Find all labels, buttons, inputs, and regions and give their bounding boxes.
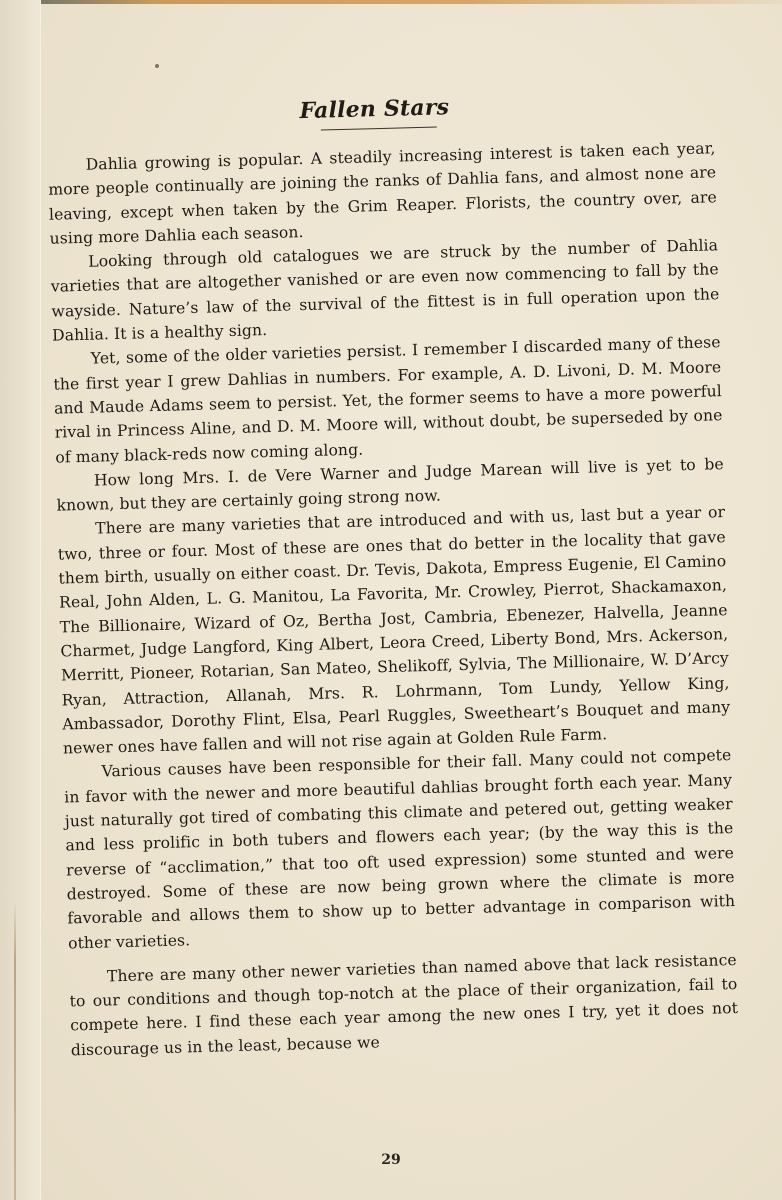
- book-page: Fallen Stars Dahlia growing is popular. …: [0, 0, 782, 1200]
- paragraph: There are many varieties that are introd…: [57, 501, 731, 761]
- paper-speck: [155, 64, 159, 68]
- page-title: Fallen Stars: [40, 87, 708, 130]
- paragraph: Dahlia growing is popular. A steadily in…: [47, 136, 717, 251]
- paragraph: Yet, some of the older varieties persist…: [52, 331, 723, 470]
- title-rule: [321, 127, 437, 131]
- book-spine: [0, 0, 41, 1200]
- page-number: 29: [0, 1152, 782, 1168]
- paragraph: Various causes have been responsible for…: [63, 743, 736, 955]
- paragraph: Looking through old catalogues we are st…: [50, 233, 720, 348]
- page-content: Fallen Stars Dahlia growing is popular. …: [46, 87, 739, 1062]
- paragraph: There are many other newer varieties tha…: [69, 948, 739, 1063]
- page-top-edge: [0, 0, 782, 4]
